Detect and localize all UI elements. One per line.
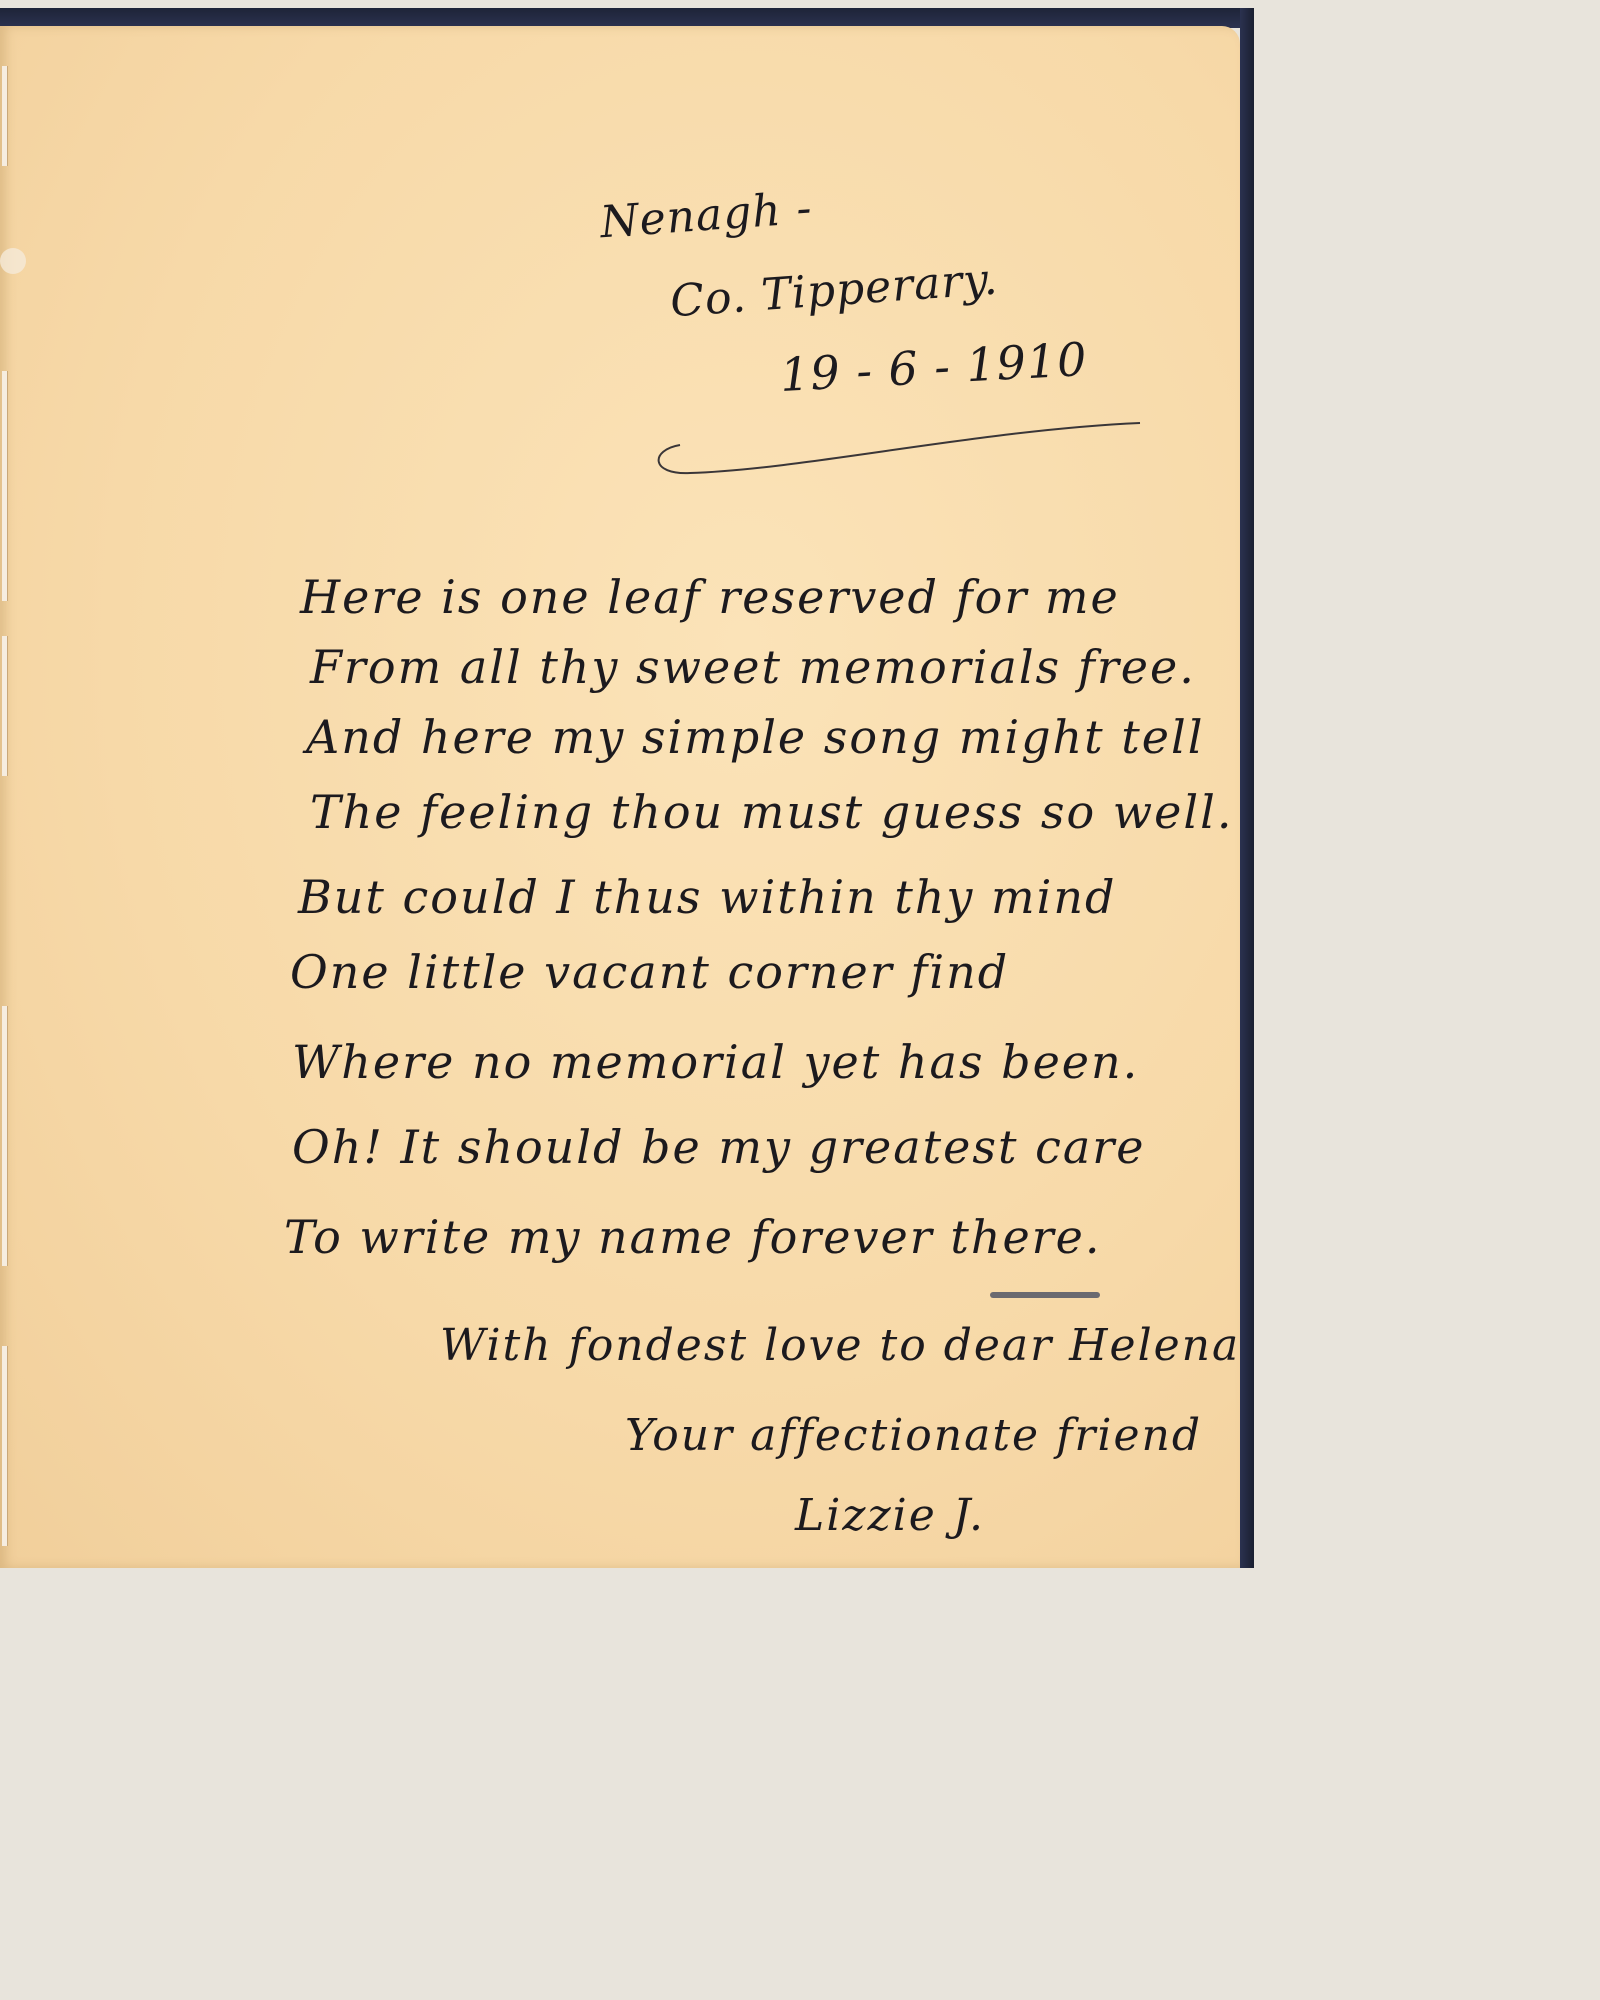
binding-stitch xyxy=(2,371,8,601)
decorative-flourish xyxy=(650,415,1150,485)
valediction: Your affectionate friend xyxy=(625,1410,1202,1461)
poem-line: Where no memorial yet has been. xyxy=(292,1035,1139,1089)
signature: Lizzie J. xyxy=(795,1490,985,1541)
poem-line: Here is one leaf reserved for me xyxy=(300,570,1120,624)
binding-hole xyxy=(0,248,26,274)
poem-line: And here my simple song might tell xyxy=(306,710,1204,764)
poem-line: But could I thus within thy mind xyxy=(298,870,1116,924)
poem-line: From all thy sweet memorials free. xyxy=(310,640,1196,694)
dedication: With fondest love to dear Helena xyxy=(440,1320,1240,1371)
album-cover-top-edge xyxy=(0,8,1254,28)
binding-stitch xyxy=(2,1346,8,1546)
album-cover-right-edge xyxy=(1240,8,1254,1568)
binding-stitch xyxy=(2,66,8,166)
poem-line: The feeling thou must guess so well. xyxy=(310,785,1233,839)
binding-stitch xyxy=(2,1006,8,1266)
poem-line: To write my name forever there. xyxy=(284,1210,1102,1264)
poem-line: Oh! It should be my greatest care xyxy=(292,1120,1145,1174)
poem-line: One little vacant corner find xyxy=(290,945,1009,999)
underline-there xyxy=(990,1292,1100,1298)
binding-stitch xyxy=(2,636,8,776)
